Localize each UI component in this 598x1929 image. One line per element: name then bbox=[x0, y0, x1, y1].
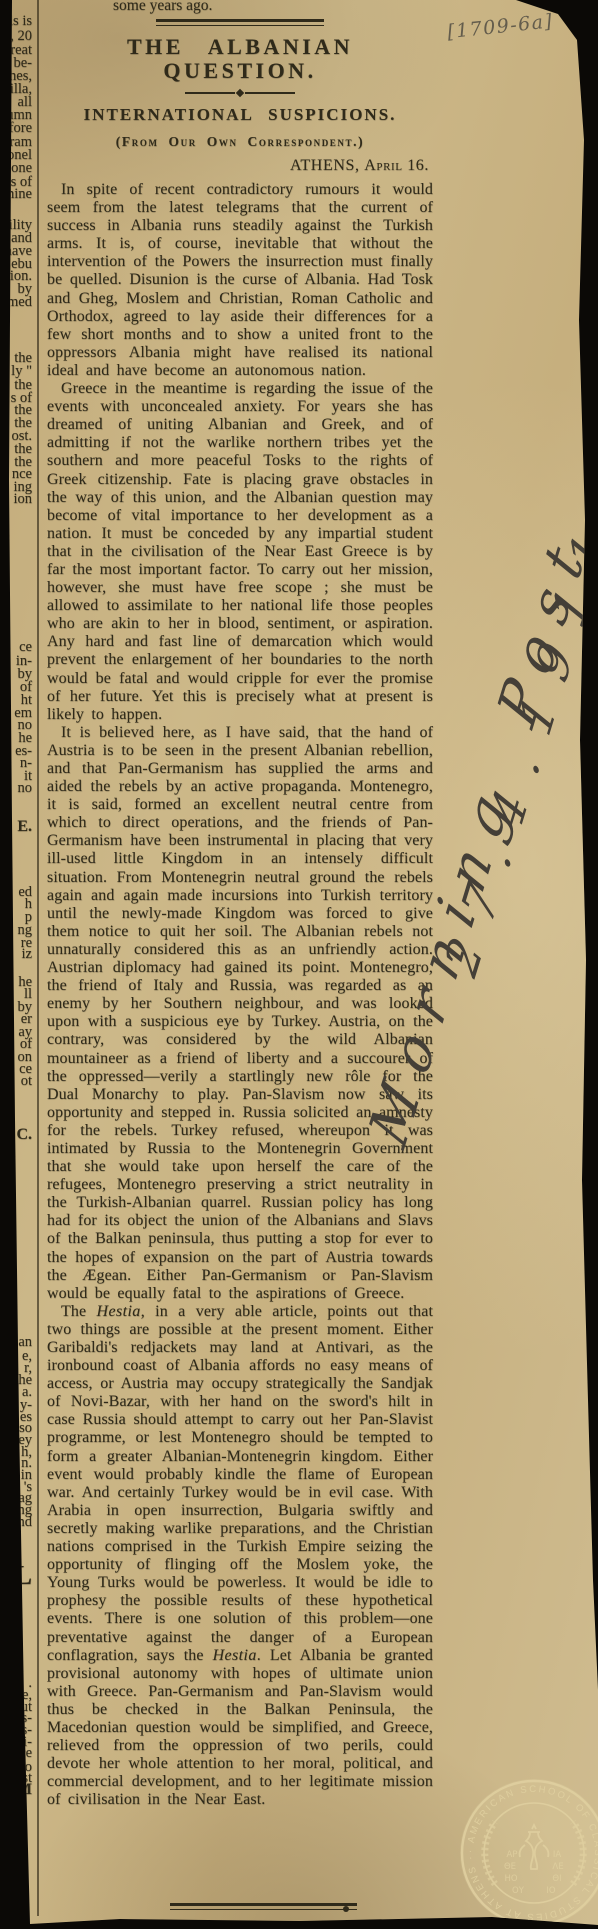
stamp-greek-glyph: ΟΥ bbox=[512, 1886, 525, 1896]
adjacent-column-strip: ls is, 20reatbe-hes,illa,allumnforegramo… bbox=[0, 0, 35, 1929]
top-double-rule bbox=[156, 19, 324, 26]
article-paragraph: Greece in the meantime is regarding the … bbox=[47, 380, 433, 724]
dateline-place: ATHENS, bbox=[290, 157, 360, 174]
column-fragment: M bbox=[17, 1783, 32, 1797]
stamp-greek-glyph: ΗΟ bbox=[504, 1874, 517, 1884]
catalog-number-annotation: [1709-6a] bbox=[446, 9, 568, 43]
stamp-greek-glyph: ΛΕ bbox=[552, 1862, 563, 1872]
rule-line bbox=[245, 92, 295, 93]
column-fragment: ly " bbox=[11, 364, 32, 378]
diamond-ornament bbox=[236, 89, 244, 97]
stamp-greek-glyph: ΘΙ bbox=[552, 1874, 561, 1884]
column-fragment: med bbox=[7, 295, 32, 309]
headline: THE ALBANIAN QUESTION. bbox=[47, 35, 433, 83]
newspaper-clipping-scan: ls is, 20reatbe-hes,illa,allumnforegramo… bbox=[0, 0, 598, 1929]
column-fragment: L bbox=[14, 1568, 32, 1582]
rule-line bbox=[185, 92, 235, 93]
column-fragment: re bbox=[21, 1746, 32, 1760]
column-fragment: C. bbox=[16, 1128, 32, 1142]
column-fragment: ls is bbox=[9, 14, 32, 28]
dateline: ATHENS, April 16. bbox=[47, 157, 429, 175]
column-fragment: ce bbox=[19, 640, 32, 654]
stamp-greek-glyph: ΙΑ bbox=[553, 1850, 562, 1860]
masthead: THE ALBANIAN QUESTION. INTERNATIONAL SUS… bbox=[47, 0, 433, 175]
column-fragment: , 20 bbox=[10, 29, 32, 43]
column-fragment: E. bbox=[17, 820, 32, 834]
byline: (From Our Own Correspondent.) bbox=[47, 134, 433, 150]
subheadline: INTERNATIONAL SUSPICIONS. bbox=[47, 105, 433, 124]
column-fragment: hine bbox=[7, 187, 32, 201]
column-fragment: ot bbox=[21, 1074, 32, 1088]
column-fragment: one bbox=[11, 161, 32, 175]
previous-article-fragment: some years ago. bbox=[113, 0, 212, 15]
stamp-greek-glyph: ΑΡ bbox=[507, 1850, 518, 1860]
column-fragment: fore bbox=[9, 121, 32, 135]
column-fragment: no bbox=[18, 781, 33, 795]
column-fragment: an bbox=[18, 1335, 32, 1349]
column-fragment: nd bbox=[18, 1515, 33, 1529]
library-stamp: · AMERICAN SCHOOL OF CLASSICAL STUDIES A… bbox=[450, 1769, 598, 1929]
diamond-rule bbox=[185, 90, 295, 96]
stamp-greek-glyph: ΘΕ bbox=[504, 1862, 516, 1872]
column-fragment: ion bbox=[13, 492, 32, 506]
article-paragraph: The Hestia, in a very able article, poin… bbox=[47, 1303, 433, 1810]
bottom-double-rule bbox=[170, 1903, 357, 1910]
article-paragraph: In spite of recent contradictory rumours… bbox=[47, 181, 433, 380]
article-body: In spite of recent contradictory rumours… bbox=[47, 181, 433, 1809]
article-column: some years ago. THE ALBANIAN QUESTION. I… bbox=[47, 0, 433, 1809]
dateline-date: April 16. bbox=[364, 157, 429, 174]
column-fragment: iz bbox=[22, 947, 32, 961]
column-divider-rule bbox=[37, 0, 39, 1916]
stamp-greek-glyph: ΙΟ bbox=[546, 1886, 556, 1896]
